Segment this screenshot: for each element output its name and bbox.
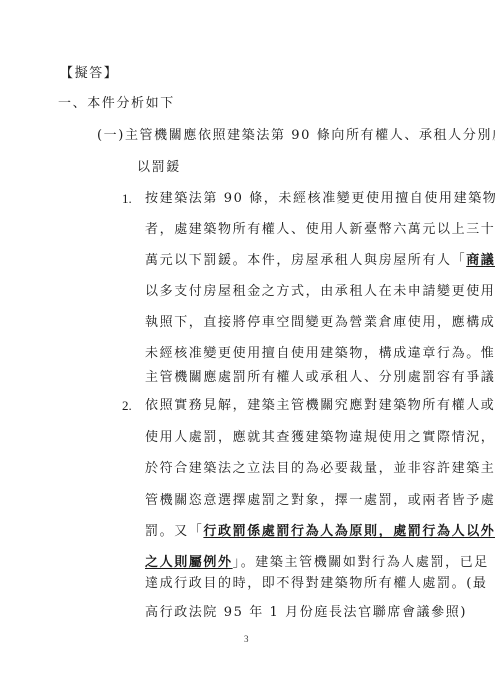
emphasized-text: 行政罰係處罰行為人為原則，處罰行為人以外 (203, 524, 495, 539)
paragraph-line: 者，處建築物所有權人、使用人新臺幣六萬元以上三十 (145, 222, 495, 238)
section-title: 一、本件分析如下 (58, 96, 175, 112)
paragraph-line: 執照下，直接將停車空間變更為營業倉庫使用，應構成 (145, 315, 495, 331)
paragraph-line: 依照實務見解，建築主管機關究應對建築物所有權人或 (145, 398, 495, 414)
paragraph-line: 使用人處罰，應就其查獲建築物違規使用之實際情況， (145, 430, 495, 446)
subsection-title-line1: (一)主管機關應依照建築法第 90 條向所有權人、承租人分別處 (97, 128, 495, 144)
subsection-title-line2: 以罰鍰 (137, 160, 181, 176)
paragraph-line: 主管機關應處罰所有權人或承租人、分別處罰容有爭議。 (145, 370, 495, 386)
text-span: 萬元以下罰鍰。本件，房屋承租人與房屋所有人「 (145, 253, 466, 268)
paragraph-line: 未經核准變更使用擅自使用建築物，構成違章行為。惟， (145, 346, 495, 362)
item-number: 2. (122, 398, 132, 414)
emphasized-text: 商議 (466, 253, 495, 268)
emphasized-text: 之人則屬例外 (145, 555, 233, 570)
paragraph-line: 罰。又「行政罰係處罰行為人為原則，處罰行為人以外 (145, 524, 495, 540)
paragraph-line: 之人則屬例外」。建築主管機關如對行為人處罰，已足 (145, 555, 489, 571)
text-span: 罰。又「 (145, 524, 203, 539)
paragraph-line: 達成行政目的時，即不得對建築物所有權人處罰。(最 (145, 576, 487, 592)
paragraph-line: 管機關恣意選擇處罰之對象，擇一處罰，或兩者皆予處 (145, 493, 495, 509)
paragraph-line: 萬元以下罰鍰。本件，房屋承租人與房屋所有人「商議」， (145, 253, 495, 269)
paragraph-line: 以多支付房屋租金之方式，由承租人在未申請變更使用 (145, 284, 495, 300)
paragraph-line: 於符合建築法之立法目的為必要裁量，並非容許建築主 (145, 461, 495, 477)
paragraph-line: 高行政法院 95 年 1 月份庭長法官聯席會議參照) (145, 605, 467, 621)
answer-heading: 【擬答】 (60, 66, 118, 82)
page-number: 3 (244, 634, 249, 644)
text-span: 」。建築主管機關如對行為人處罰，已足 (233, 555, 489, 570)
item-number: 1. (122, 191, 132, 207)
paragraph-line: 按建築法第 90 條，未經核准變更使用擅自使用建築物 (145, 191, 495, 207)
